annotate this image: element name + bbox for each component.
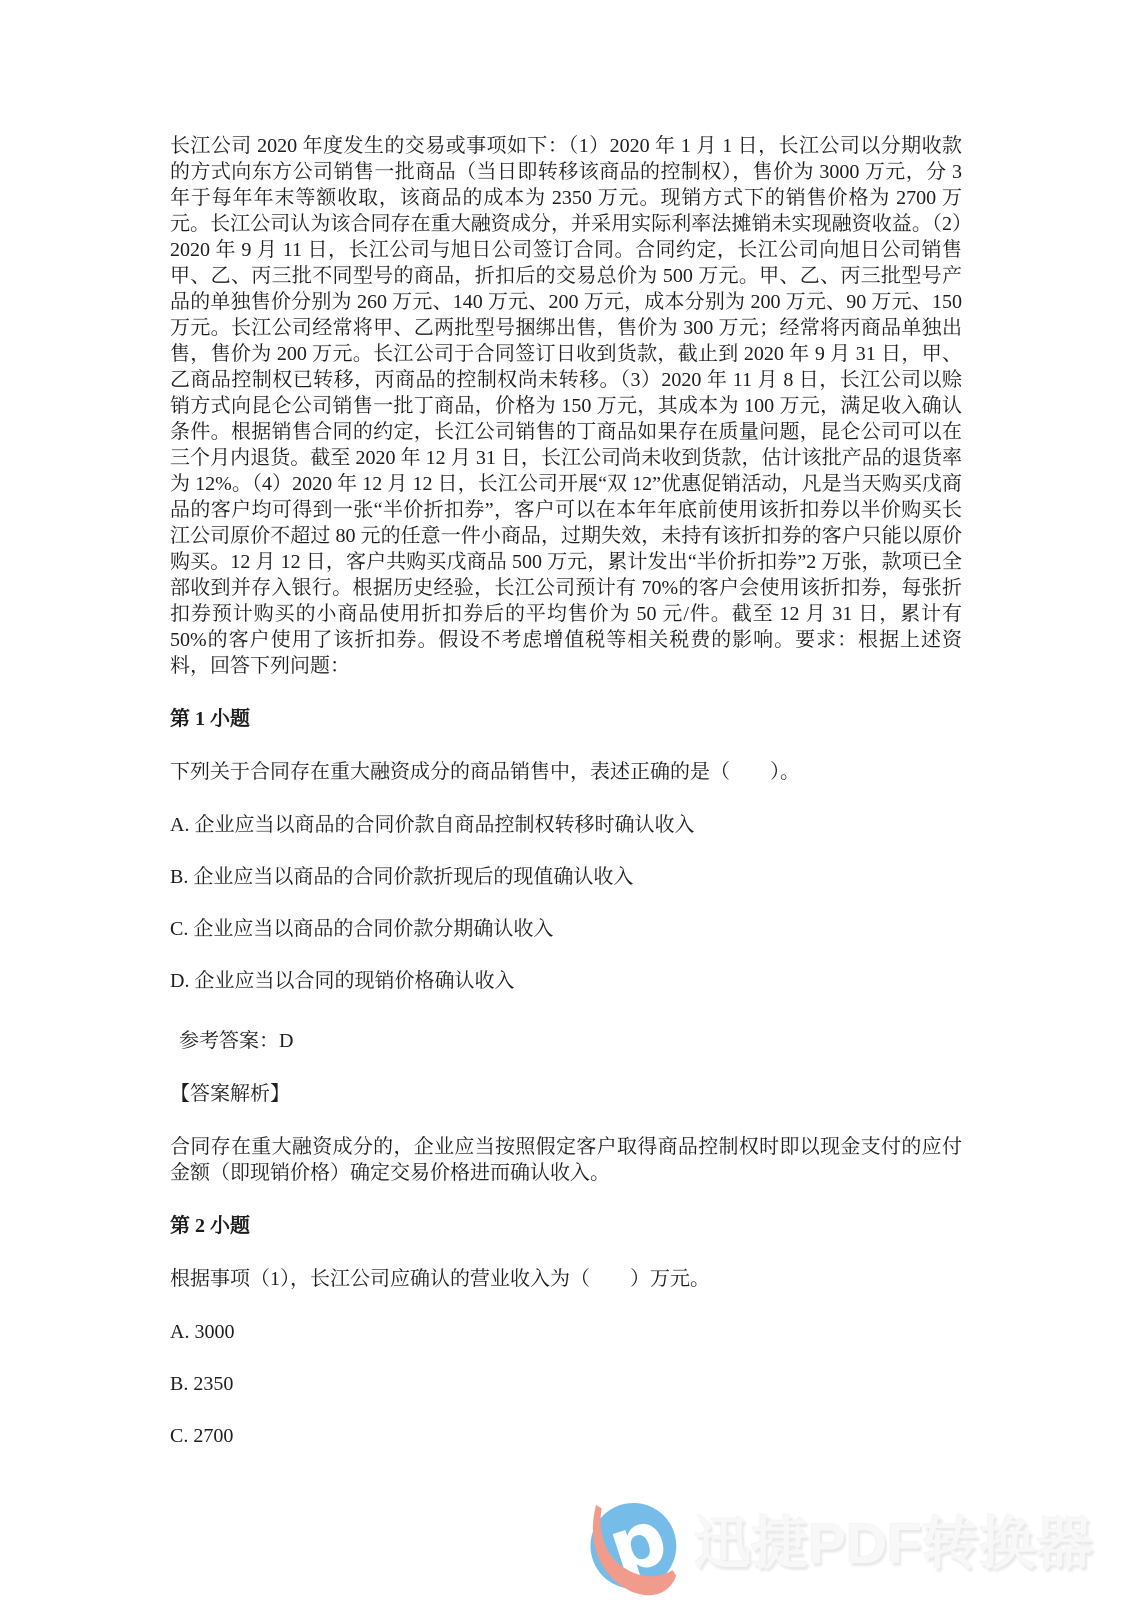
watermark-text: 迅捷PDF转换器 xyxy=(694,1488,1093,1600)
question-1-analysis-text: 合同存在重大融资成分的，企业应当按照假定客户取得商品控制权时即以现金支付的应付金… xyxy=(170,1134,962,1186)
question-2-option-c: C. 2700 xyxy=(170,1423,962,1449)
pdf-converter-logo-icon: p xyxy=(583,1488,680,1600)
question-1: 第 1 小题 下列关于合同存在重大融资成分的商品销售中，表述正确的是（ ）。 A… xyxy=(170,706,962,1186)
question-1-option-c: C. 企业应当以商品的合同价款分期确认收入 xyxy=(170,916,962,942)
question-2-option-a: A. 3000 xyxy=(170,1319,962,1345)
question-1-option-b: B. 企业应当以商品的合同价款折现后的现值确认收入 xyxy=(170,864,962,890)
case-description: 长江公司 2020 年度发生的交易或事项如下：（1）2020 年 1 月 1 日… xyxy=(170,133,962,679)
question-1-stem: 下列关于合同存在重大融资成分的商品销售中，表述正确的是（ ）。 xyxy=(170,759,962,785)
question-1-analysis-heading: 【答案解析】 xyxy=(170,1081,962,1107)
question-2-stem: 根据事项（1），长江公司应确认的营业收入为（ ）万元。 xyxy=(170,1266,962,1292)
question-1-reference-answer: 参考答案：D xyxy=(170,1028,962,1054)
question-1-option-a: A. 企业应当以商品的合同价款自商品控制权转移时确认收入 xyxy=(170,812,962,838)
question-2-heading: 第 2 小题 xyxy=(170,1213,962,1239)
question-1-option-d: D. 企业应当以合同的现销价格确认收入 xyxy=(170,968,962,994)
pdf-page: 长江公司 2020 年度发生的交易或事项如下：（1）2020 年 1 月 1 日… xyxy=(0,0,1131,1600)
question-2: 第 2 小题 根据事项（1），长江公司应确认的营业收入为（ ）万元。 A. 30… xyxy=(170,1213,962,1449)
watermark: p 迅捷PDF转换器 xyxy=(583,1488,1131,1600)
question-2-option-b: B. 2350 xyxy=(170,1371,962,1397)
document-content: 长江公司 2020 年度发生的交易或事项如下：（1）2020 年 1 月 1 日… xyxy=(170,133,962,1475)
question-1-heading: 第 1 小题 xyxy=(170,706,962,732)
